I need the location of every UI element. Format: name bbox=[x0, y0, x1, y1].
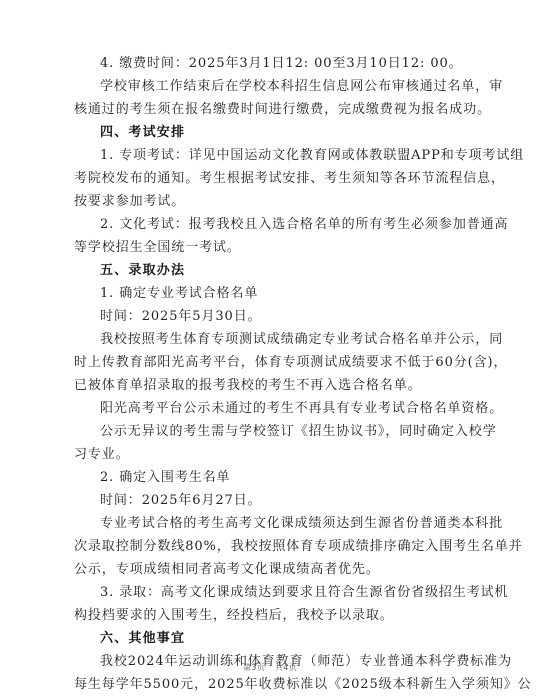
section-heading: 四、考试安排 bbox=[100, 125, 466, 141]
text-line: 次录取控制分数线80%，我校按照体育专项成绩排序确定入围考生名单并 bbox=[74, 539, 466, 555]
text-line: 公示无异议的考生需与学校签订《招生协议书》，同时确定入校学 bbox=[100, 424, 466, 440]
text-line: 1. 专项考试：详见中国运动文化教育网或体教联盟APP和专项考试组 bbox=[100, 148, 466, 164]
text-line: 阳光高考平台公示未通过的考生不再具有专业考试合格名单资格。 bbox=[100, 401, 466, 417]
page-footer: 第3页共4页 bbox=[0, 662, 540, 673]
text-line: 每生每学年5500元，2025年收费标准以《2025级本科新生入学须知》公 bbox=[74, 677, 466, 693]
section-heading: 六、其他事宜 bbox=[100, 631, 466, 647]
page-total: 共4页 bbox=[275, 663, 297, 672]
text-line: 构投档要求的入围考生，经投档后，我校予以录取。 bbox=[74, 608, 466, 624]
text-line: 2. 文化考试：报考我校且入选合格名单的所有考生必须参加普通高 bbox=[100, 217, 466, 233]
text-line: 2. 确定入围考生名单 bbox=[100, 470, 466, 486]
text-line: 等学校招生全国统一考试。 bbox=[74, 240, 466, 256]
text-line: 我校按照考生体育专项测试成绩确定专业考试合格名单并公示，同 bbox=[100, 332, 466, 348]
text-line: 3. 录取：高考文化课成绩达到要求且符合生源省份省级招生考试机 bbox=[100, 585, 466, 601]
document-page: 4. 缴费时间：2025年3月1日12: 00至3月10日12: 00。学校审核… bbox=[0, 0, 540, 696]
text-line: 1. 确定专业考试合格名单 bbox=[100, 286, 466, 302]
text-line: 核通过的考生须在报名缴费时间进行缴费，完成缴费视为报名成功。 bbox=[74, 102, 466, 118]
text-line: 公示，专项成绩相同者高考文化课成绩高者优先。 bbox=[74, 562, 466, 578]
text-line: 按要求参加考试。 bbox=[74, 194, 466, 210]
section-heading: 五、录取办法 bbox=[100, 263, 466, 279]
text-line: 已被体育单招录取的报考我校的考生不再入选合格名单。 bbox=[74, 378, 466, 394]
text-line: 时间：2025年5月30日。 bbox=[100, 309, 466, 325]
text-line: 专业考试合格的考生高考文化课成绩须达到生源省份普通类本科批 bbox=[100, 516, 466, 532]
text-line: 学校审核工作结束后在学校本科招生信息网公布审核通过名单，审 bbox=[100, 79, 466, 95]
page-number: 第3页 bbox=[243, 663, 265, 672]
text-line: 习专业。 bbox=[74, 447, 466, 463]
text-line: 时上传教育部阳光高考平台，体育专项测试成绩要求不低于60分(含)， bbox=[74, 355, 466, 371]
text-line: 4. 缴费时间：2025年3月1日12: 00至3月10日12: 00。 bbox=[100, 56, 466, 72]
text-line: 时间：2025年6月27日。 bbox=[100, 493, 466, 509]
text-line: 考院校发布的通知。考生根据考试安排、考生须知等各环节流程信息， bbox=[74, 171, 466, 187]
